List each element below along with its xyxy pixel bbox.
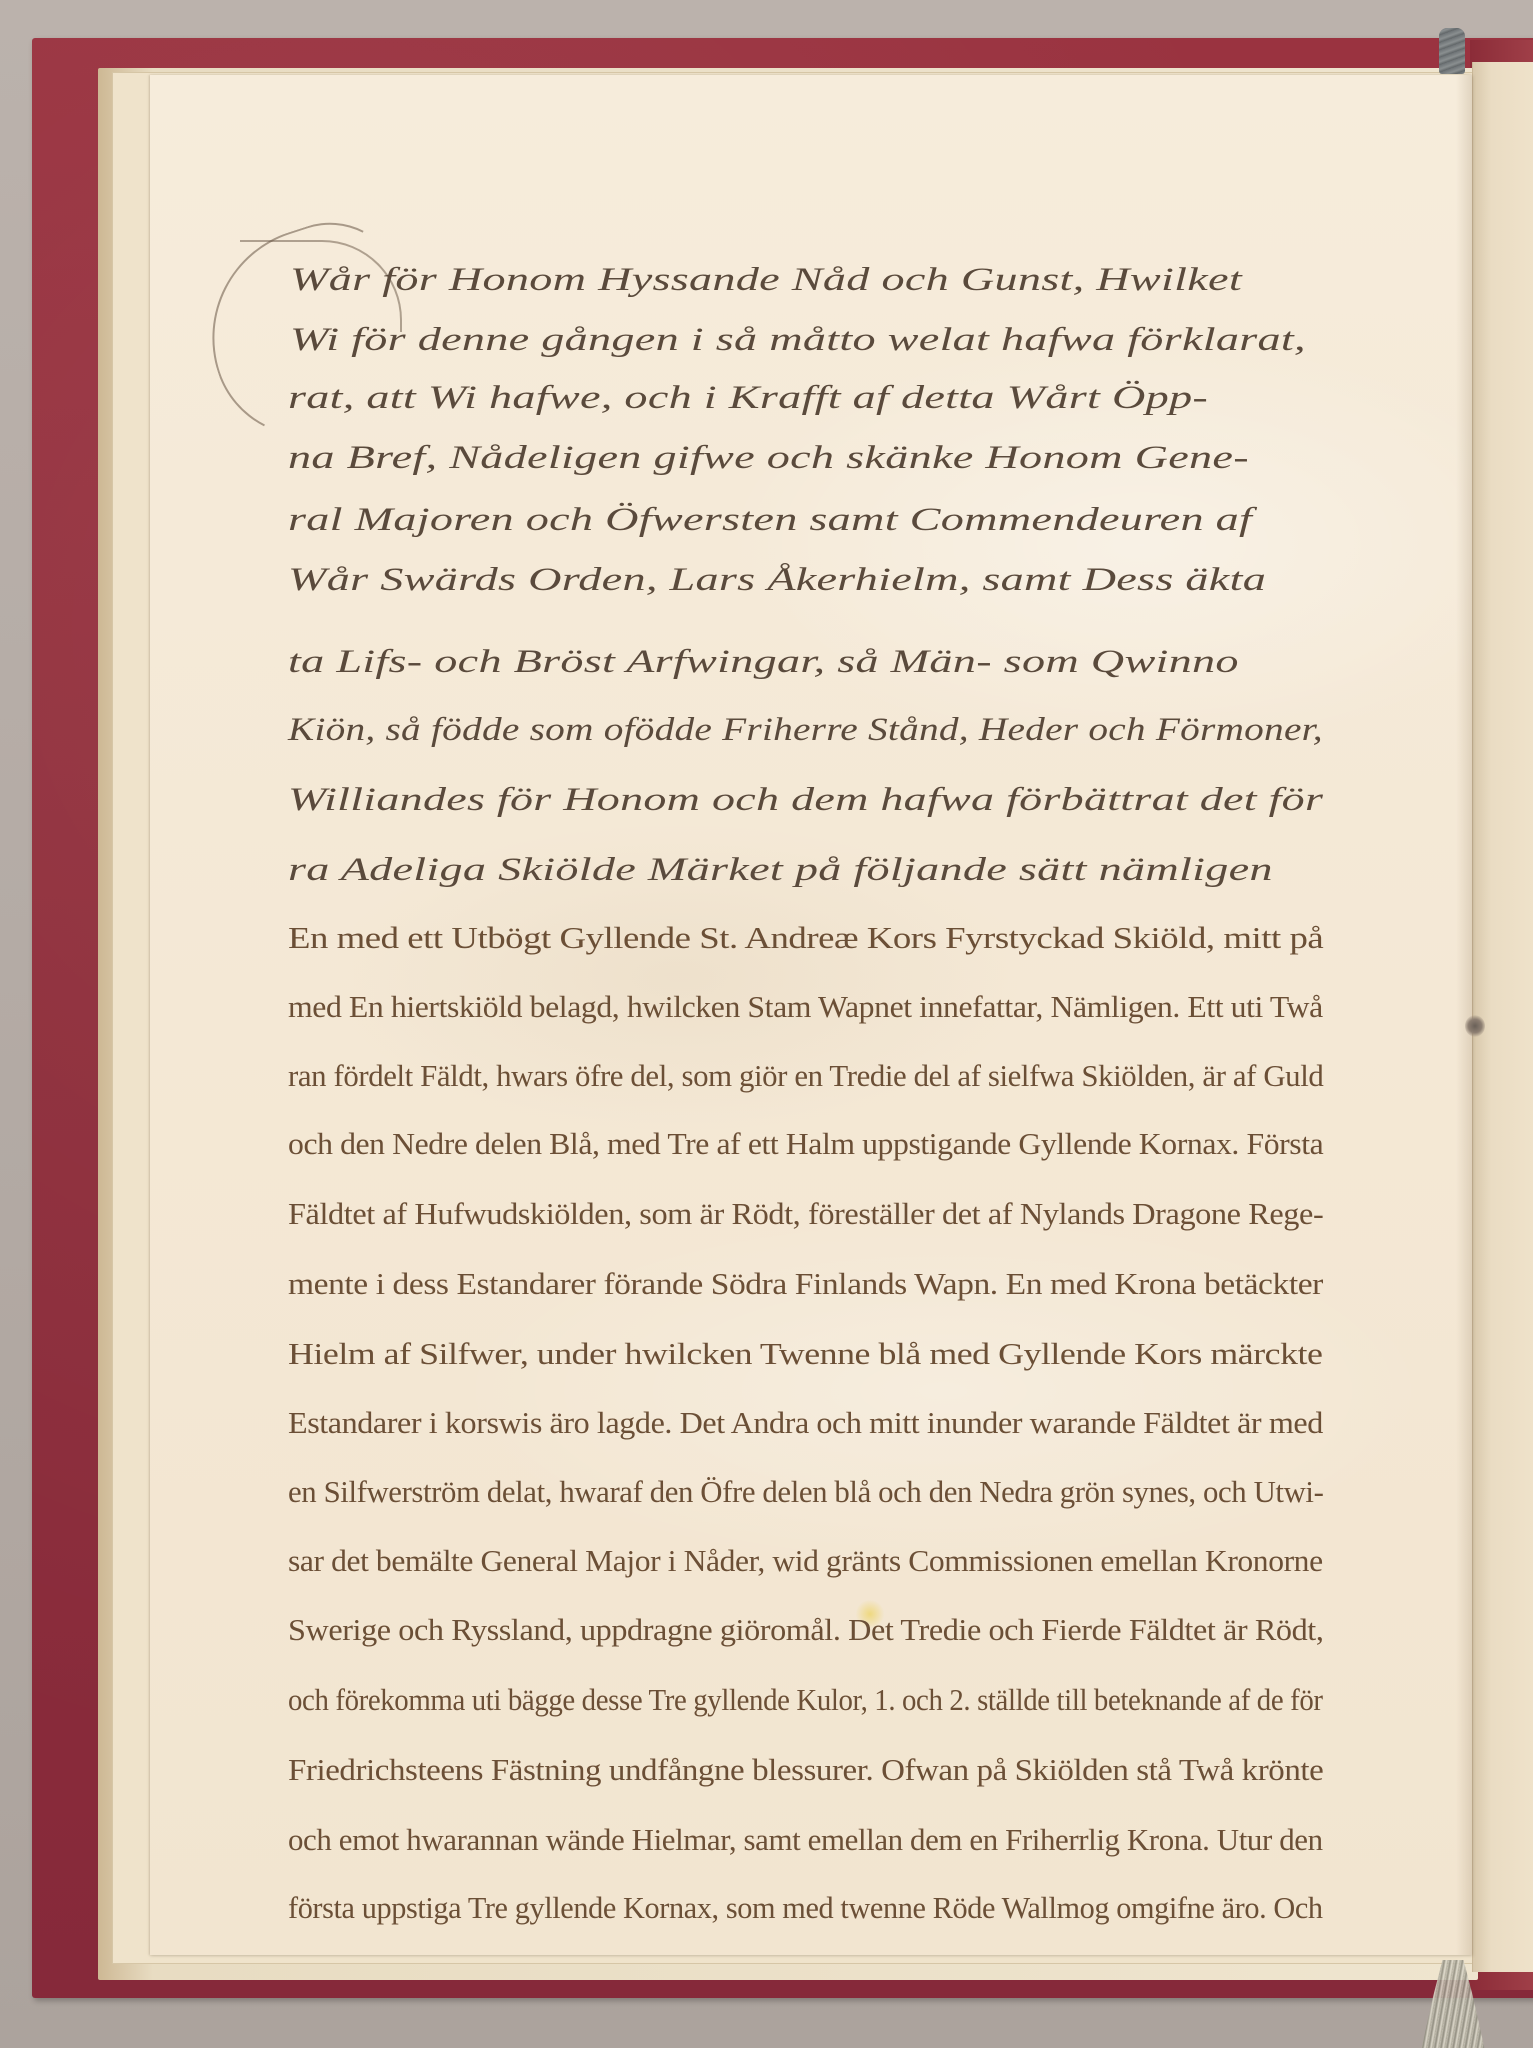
scanned-document-scene: Wår för Honom Hyssande Nåd och Gunst, Hw… [0,0,1533,2048]
binding-cord-icon [1439,28,1465,74]
text-line-2: Wi för denne gången i så måtto welat haf… [290,322,1306,359]
text-line-20: sar det bemälte General Major i Nåder, w… [288,1543,1323,1579]
text-line-16: mente i dess Estandarer förande Södra Fi… [288,1266,1323,1302]
text-line-10: ra Adeliga Skiölde Märket på följande sä… [288,852,1273,889]
text-line-23: Friedrichsteens Fästning undfångne bless… [288,1752,1323,1788]
text-line-17: Hielm af Silfwer, under hwilcken Twenne … [288,1336,1322,1372]
gutter-shadow [1456,75,1472,1955]
text-line-9: Williandes för Honom och dem hafwa förbä… [288,782,1323,819]
text-line-3: rat, att Wi hafwe, och i Krafft af detta… [288,380,1208,417]
text-line-14: och den Nedre delen Blå, med Tre af ett … [288,1126,1323,1162]
text-line-21: Swerige och Ryssland, uppdragne giöromål… [288,1612,1323,1648]
text-line-6: Wår Swärds Orden, Lars Åkerhielm, samt D… [288,562,1266,599]
text-line-25: första uppstiga Tre gyllende Kornax, som… [288,1890,1323,1926]
text-line-15: Fäldtet af Hufwudskiölden, som är Rödt, … [288,1196,1323,1232]
text-line-24: och emot hwarannan wände Hielmar, samt e… [288,1822,1323,1858]
text-line-1: Wår för Honom Hyssande Nåd och Gunst, Hw… [290,262,1242,299]
text-line-12: med En hiertskiöld belagd, hwilcken Stam… [288,989,1323,1025]
text-line-22: och förekomma uti bägge desse Tre gyllen… [288,1682,1323,1718]
text-line-7: ta Lifs- och Bröst Arfwingar, så Män- so… [288,644,1239,681]
text-line-18: Estandarer i korswis äro lagde. Det Andr… [288,1405,1323,1441]
text-line-13: ran fördelt Fäldt, hwars öfre del, som g… [288,1058,1323,1094]
text-line-11: En med ett Utbögt Gyllende St. Andreæ Ko… [288,920,1323,956]
text-line-4: na Bref, Nådeligen gifwe och skänke Hono… [288,440,1249,477]
text-line-19: en Silfwerström delat, hwaraf den Öfre d… [288,1474,1323,1510]
text-line-5: ral Majoren och Öfwersten samt Commendeu… [288,502,1252,539]
text-line-8: Kiön, så födde som ofödde Friherre Stånd… [288,712,1323,749]
page-crease [1465,1015,1485,1037]
